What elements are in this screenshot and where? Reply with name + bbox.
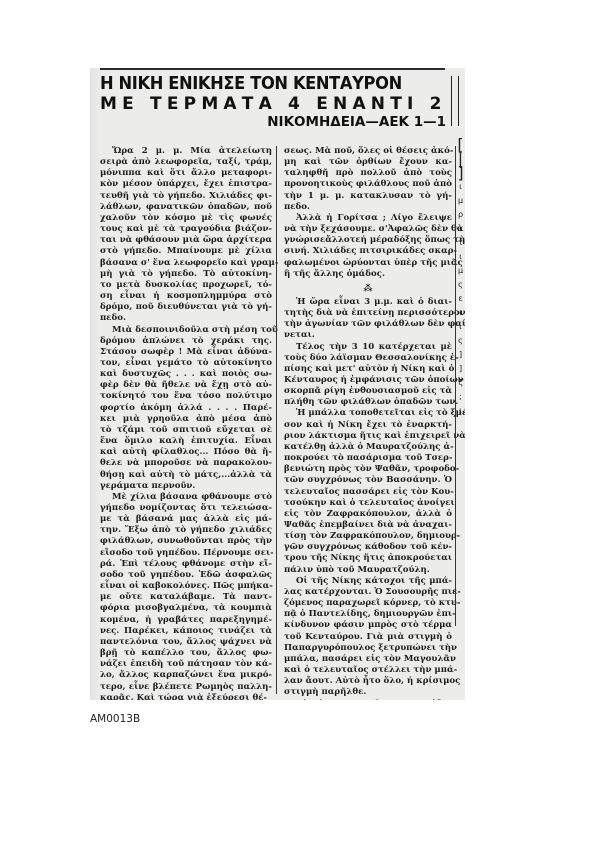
- text-line: πάλιν ὑπὸ τοῦ Μαυρατζούλη.: [284, 565, 452, 576]
- text-line: σοδο τοῦ γηπέδου. Ἐδῶ ἀσφαλῶς: [100, 570, 272, 581]
- text-line: λάθλων, φανατικῶν ὀπαδῶν, ποῦ: [100, 202, 272, 213]
- edge-glyph: ι: [456, 250, 465, 264]
- text-line: τρου τῆς Νίκης ἥτις ἀποκρούεται: [284, 553, 452, 564]
- right-column: σεως. Μὰ ποῦ, ὅλες οἱ θέσεις ἀκό-μη καὶ …: [284, 146, 452, 700]
- edge-glyph: ι: [456, 222, 465, 236]
- text-line: φὲρ δὲν θὰ ἤθελε νὰ ἔχῃ στὸ αὐ-: [100, 380, 272, 391]
- text-line: κὸν μέσον ὑπάρχει, ἔχει ἐπιστρα-: [100, 179, 272, 190]
- text-line: στιγμὴ παρῆλθε.: [284, 687, 452, 698]
- headline-line-2: ΜΕ ΤΕΡΜΑΤΑ 4 ΕΝΑΝΤΙ 2: [100, 94, 448, 114]
- text-line: φορτίο ἀκόμη ἀλλά . . . . Παρέ-: [100, 403, 272, 414]
- text-line: κίνδυνον φάσιν μπρὸς στὸ τέρμα: [284, 620, 452, 631]
- edge-glyph: ]: [456, 348, 465, 362]
- text-line: σκορπᾶ ρίγη ἐνθουσιασμοῦ εἰς τὰ: [284, 386, 452, 397]
- section-separator: ⁂: [284, 285, 452, 294]
- text-line: τον, εἶναι γεμάτο τὸ αὐτοκίνητο: [100, 358, 272, 369]
- text-line: με οὔτε καταλάβαμε. Τὰ παντ-: [100, 592, 272, 603]
- edge-glyph: ι: [456, 404, 465, 418]
- text-line: Οἱ τῆς Νίκης κάτοχοι τῆς μπά-: [284, 576, 452, 587]
- text-line: Ἀλλὰ ἡ Γορίτσα ; Λίγο ἔλειψε: [284, 213, 452, 224]
- text-line: νάζει ἐπειδὴ τοῦ πάτησαν τὸν κά-: [100, 659, 272, 670]
- edge-glyph: ε: [456, 292, 465, 306]
- text-line: μὴ γιὰ τὸ γήπεδο. Τὸ αὐτοκίνη-: [100, 269, 272, 280]
- text-line: λο, ἄλλος καρπαζώνει ἕνα μικρό-: [100, 670, 272, 681]
- text-line: πᾷ ὁ Παντελίδης, δημιουργῶν ἐπι-: [284, 609, 452, 620]
- text-line: καὶ αὐτὴ φίλαθλος... Πόσο θὰ ἤ-: [100, 447, 272, 458]
- text-line: Ψαθᾶς ἐπεμβαίνει διὰ νὰ ἀναχαι-: [284, 520, 452, 531]
- text-line: εἰς τὸν Ζαφρακόπουλον, ἀλλὰ ὁ: [284, 509, 452, 520]
- headline-line-1: Η ΝΙΚΗ ΕΝΙΚΗΣΕ ΤΟΝ ΚΕΝΤΑΥΡΟΝ: [100, 74, 424, 94]
- document-id-label: AM0013B: [90, 713, 140, 725]
- text-line: σεως. Μὰ ποῦ, ὅλες οἱ θέσεις ἀκό-: [284, 146, 452, 157]
- text-line: πεδο.: [284, 202, 452, 213]
- text-line: Ἡ μπάλλα τοποθετεῖται εἰς τὸ ξμέ-: [284, 408, 452, 419]
- text-line: μη καὶ τῶν ὀρθίων ἔχουν κα-: [284, 157, 452, 168]
- text-line: πλήθη τῶν φιλάθλων ὀπαδῶν των.: [284, 397, 452, 408]
- edge-glyph: τ: [456, 236, 465, 250]
- text-line: Ἡ ὥρα εἶναι 3 μ.μ. καὶ ὁ διαι-: [284, 297, 452, 308]
- text-line: Παπαργυρόπουλος ξετρυπώνει τὴν: [284, 643, 452, 654]
- left-column: Ὥρα 2 μ. μ. Μία ἀτελείωτησειρὰ ἀπὸ λεωφο…: [100, 146, 272, 700]
- text-line: λας κατέρχονται. Ὁ Σουσουρῆς πιε-: [284, 587, 452, 598]
- text-line: Τὸ λάκτισμα τοῦ Μπακαλούδη: [284, 699, 452, 701]
- text-line: καὶ ὁ τελευταῖος στέλλει τὴν μπά-: [284, 665, 452, 676]
- text-line: γήπεδο νομίζοντας ὅτι τελειώσα-: [100, 503, 272, 514]
- headline-side-bars: [451, 76, 459, 126]
- subheadline: ΝΙΚΟΜΗΔΕΙΑ—ΑΕΚ 1—1: [100, 114, 448, 130]
- text-line: χαλοῦν τὸν κόσμο μὲ τὶς φωνές: [100, 213, 272, 224]
- text-line: Μὲ χίλια βάσανα φθάνουμε στὸ: [100, 492, 272, 503]
- text-line: θήσῃ καὶ αὐτὴ τὸ μάτς,...ἀλλὰ τὰ: [100, 470, 272, 481]
- text-line: μόνιππα καὶ ὅτι ἄλλο μεταφορι-: [100, 168, 272, 179]
- text-line: καὶ δυστυχῶς . . . καὶ ποιὸς σω-: [100, 369, 272, 380]
- text-line: πεδο.: [100, 313, 272, 324]
- edge-glyph: ι: [456, 306, 465, 320]
- text-line: Κένταυρος ἡ ἐμφάνισις τῶν ὁποίων: [284, 375, 452, 386]
- text-line: πίσης καὶ μετ' αὐτὸν ἡ Νίκη καὶ ὁ: [284, 364, 452, 375]
- text-line: ἢ τῆς ἄλλης ὁμάδος.: [284, 269, 452, 280]
- text-line: νες. Παρέκει, κάποιος τινάζει τὰ: [100, 626, 272, 637]
- text-line: εἶναι οἱ καβοκολόνες. Πῶς μπήκα-: [100, 581, 272, 592]
- text-line: τοὺς δύο λάϊσμαν Θεσσαλονίκης ἐ-: [284, 353, 452, 364]
- text-line: ρά. Ἐπὶ τέλους φθάνομε στὴν εἴ-: [100, 559, 272, 570]
- text-line: Μιὰ δεσποινιδοῦλα στὴ μέση τοῦ: [100, 325, 272, 336]
- text-line: παντελόνια του, ἄλλος ψάχνει νὰ: [100, 637, 272, 648]
- text-line: δρόμου ἁπλώνει τὸ χεράκι της.: [100, 336, 272, 347]
- text-line: με τὰ βάσανά μας ἀλλὰ εἰς μά-: [100, 514, 272, 525]
- text-line: τὴν 1 μ. μ. κατακλυσαν τὸ γή-: [284, 191, 452, 202]
- text-line: τερο, εἶνε βλέπετε Ρωμηὸς παλλη-: [100, 682, 272, 693]
- edge-glyph: ]: [456, 166, 465, 180]
- text-line: ριον λάκτισμα ἥτις καὶ ἐπιχειρεῖ νὰ: [284, 431, 452, 442]
- text-line: τους καὶ μὲ τὰ τραγούδια βιάζον-: [100, 224, 272, 235]
- edge-glyph: ι: [456, 320, 465, 334]
- text-line: δρόμο, ποῦ διευθύνεται γιὰ τὸ γή-: [100, 302, 272, 313]
- text-line: τσούκην καὶ ὁ τελευταῖος ἀνοίγει: [284, 498, 452, 509]
- text-line: το μετὰ δυσκολίας προχωρεῖ, τό-: [100, 280, 272, 291]
- text-line: φόρια μισοβγαλμένα, τὰ κουμπιὰ: [100, 603, 272, 614]
- text-line: νεται.: [284, 330, 452, 341]
- text-line: βενιώτη πρὸς τὸν Ψαθᾶν, τροφοδο-: [284, 464, 452, 475]
- text-line: ται νὰ φθάσουν μιὰ ὥρα ἀρχίτερα: [100, 235, 272, 246]
- text-line: τὸ τζάμι τοῦ σπιτιοῦ εὔχεται σὲ: [100, 425, 272, 436]
- adjacent-column-fragment: [|]ιμριτιμςειις]]ζ;ι: [456, 138, 465, 668]
- text-line: καρᾶς. Καὶ τώρα γιὰ ἐξεύρεσι θέ-: [100, 693, 272, 700]
- text-line: τοῦ Κενταύρου. Γιὰ μιὰ στιγμὴ ὁ: [284, 632, 452, 643]
- text-line: κατέλθῃ ἀλλὰ ὁ Μαυρατζούλης ἀ-: [284, 442, 452, 453]
- text-line: τὴν ἀγωνίαν τῶν φιλάθλων δὲν φαί-: [284, 319, 452, 330]
- text-line: γῶν συγχρόνως κάθοδον τοῦ κέν-: [284, 542, 452, 553]
- text-line: νὰ τὴν ξεχάσουμε. σ'Ἀφαλῶς δὲν θὰ: [284, 224, 452, 235]
- text-line: σον καὶ ἡ Νίκη ἔχει τὸ ἐναρκτή-: [284, 420, 452, 431]
- newspaper-clipping: Η ΝΙΚΗ ΕΝΙΚΗΣΕ ΤΟΝ ΚΕΝΤΑΥΡΟΝ ΜΕ ΤΕΡΜΑΤΑ …: [90, 68, 465, 700]
- text-line: φαλωμένοι ὠρύονται ὑπὲρ τῆς μιᾶς: [284, 258, 452, 269]
- text-line: κομένα, ἡ γραβάτες παρεξηγημέ-: [100, 615, 272, 626]
- text-line: φιλάθλων, συνωθοῦνται πρὸς τὴν: [100, 536, 272, 547]
- text-line: βάσανα σ' ἕνα λεωφορεῖο καὶ γραμ-: [100, 258, 272, 269]
- text-line: λαν ἄουτ. Αὐτὸ ἦτο ὅλο, ἡ κρίσιμος: [284, 676, 452, 687]
- text-line: τευθῆ γιὰ τὸ γήπεδο. Χιλιάδες φι-: [100, 191, 272, 202]
- text-line: ποκρούει τὸ πασάρισμα τοῦ Τσερ-: [284, 453, 452, 464]
- edge-glyph: ζ: [456, 376, 465, 390]
- edge-glyph: ]: [456, 362, 465, 376]
- text-line: ταληφθῆ πρὸ πολλοῦ ἀπὸ τοὺς: [284, 168, 452, 179]
- text-line: θελε νὰ μποροῦσε νὰ παρακολου-: [100, 458, 272, 469]
- text-line: ἕνα ὅμιλο καλὴ ἐπιτυχία. Εἶναι: [100, 436, 272, 447]
- text-line: γνώρισεἄλλοτεἡ μέραδόξης ὅπως τὴν θε: [284, 235, 452, 246]
- text-line: στὸ γήπεδο. Μπαίνουμε μὲ χίλια: [100, 246, 272, 257]
- top-rule: [100, 68, 445, 70]
- headline-block: Η ΝΙΚΗ ΕΝΙΚΗΣΕ ΤΟΝ ΚΕΝΤΑΥΡΟΝ ΜΕ ΤΕΡΜΑΤΑ …: [100, 74, 448, 130]
- edge-glyph: ρ: [456, 208, 465, 222]
- text-line: μπάλα, πασάρει εἰς τὸν Μαγουλᾶν: [284, 654, 452, 665]
- text-line: την. Ἔξω ἀπὸ τὸ γήπεδο χιλιάδες: [100, 525, 272, 536]
- text-line: ζόμενος παραχωρεῖ κόρνερ, τὸ κτυ-: [284, 598, 452, 609]
- text-line: τίσῃ τὸν Ζαφρακόπουλον, δημιουρ-: [284, 531, 452, 542]
- text-line: τῶν συγχρόνως τὸν Βασσάνην. Ὁ: [284, 475, 452, 486]
- text-line: τητὴς διὰ νὰ ἐπιτείνῃ περισσότερον: [284, 308, 452, 319]
- text-line: προνοητικοὺς φιλάθλους ποῦ ἀπὸ: [284, 179, 452, 190]
- edge-glyph: ς: [456, 334, 465, 348]
- edge-glyph: ς: [456, 278, 465, 292]
- text-line: Ὥρα 2 μ. μ. Μία ἀτελείωτη: [100, 146, 272, 157]
- column-divider: [276, 146, 277, 694]
- text-line: Τέλος τὴν 3 10 κατέρχεται μὲ: [284, 342, 452, 353]
- text-line: σινή. Χιλιάδες πιτσιρικάδες σκαρ-: [284, 246, 452, 257]
- text-line: σειρὰ ἀπὸ λεωφορεῖα, ταξί, τράμ,: [100, 157, 272, 168]
- text-line: βρῇ τὸ καπέλλο του, ἄλλος φω-: [100, 648, 272, 659]
- edge-glyph: μ: [456, 194, 465, 208]
- text-line: ση εἶναι ἡ κοσμοπλημμύρα στὸ: [100, 291, 272, 302]
- edge-glyph: ι: [456, 180, 465, 194]
- text-line: τοκίνητό του ἕνα τόσο πολύτιμο: [100, 391, 272, 402]
- text-line: τελευταῖος πασσάρει εἰς τὸν Κου-: [284, 487, 452, 498]
- text-line: κει μιὰ γρηοῦλα ἀπὸ μέσα ἀπὸ: [100, 414, 272, 425]
- edge-glyph: μ: [456, 264, 465, 278]
- text-line: γεράματα περνοῦν.: [100, 481, 272, 492]
- text-line: εἴσοδο τοῦ γηπέδου. Πέρνουμε σει-: [100, 548, 272, 559]
- text-line: Στάσου σωφὲρ ! Μὰ εἶναι ἀδύνα-: [100, 347, 272, 358]
- edge-glyph: ;: [456, 390, 465, 404]
